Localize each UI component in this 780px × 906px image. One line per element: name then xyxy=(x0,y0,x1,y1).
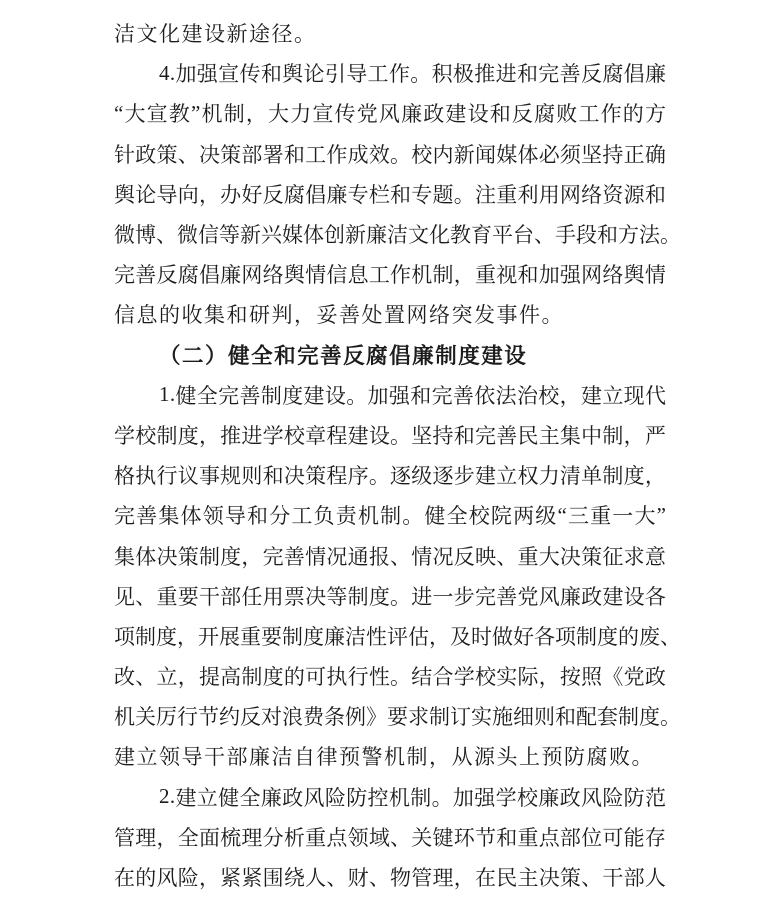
section-heading: （二）健全和完善反腐倡廉制度建设 xyxy=(114,335,666,375)
text-line: 集体决策制度，完善情况通报、情况反映、重大决策征求意 xyxy=(114,535,666,575)
text-line: 管理，全面梳理分析重点领域、关键环节和重点部位可能存 xyxy=(114,817,666,857)
text-line: “大宣教”机制，大力宣传党风廉政建设和反腐败工作的方 xyxy=(114,93,666,133)
text-line: 信息的收集和研判，妥善处置网络突发事件。 xyxy=(114,294,666,334)
document-page: 洁文化建设新途径。4.加强宣传和舆论引导工作。积极推进和完善反腐倡廉“大宣教”机… xyxy=(0,0,780,906)
document-body: 洁文化建设新途径。4.加强宣传和舆论引导工作。积极推进和完善反腐倡廉“大宣教”机… xyxy=(114,13,666,897)
text-line: 完善反腐倡廉网络舆情信息工作机制，重视和加强网络舆情 xyxy=(114,254,666,294)
text-line: 2.建立健全廉政风险防控机制。加强学校廉政风险防范 xyxy=(114,777,666,817)
text-line: 格执行议事规则和决策程序。逐级逐步建立权力清单制度， xyxy=(114,455,666,495)
text-line: 完善集体领导和分工负责机制。健全校院两级“三重一大” xyxy=(114,495,666,535)
text-line: 微博、微信等新兴媒体创新廉洁文化教育平台、手段和方法。 xyxy=(114,214,666,254)
text-line: 见、重要干部任用票决等制度。进一步完善党风廉政建设各 xyxy=(114,576,666,616)
text-line: 针政策、决策部署和工作成效。校内新闻媒体必须坚持正确 xyxy=(114,134,666,174)
text-line: 学校制度，推进学校章程建设。坚持和完善民主集中制，严 xyxy=(114,415,666,455)
text-line: 项制度，开展重要制度廉洁性评估，及时做好各项制度的废、 xyxy=(114,616,666,656)
text-line: 机关厉行节约反对浪费条例》要求制订实施细则和配套制度。 xyxy=(114,696,666,736)
text-line: 1.健全完善制度建设。加强和完善依法治校，建立现代 xyxy=(114,375,666,415)
text-line: 建立领导干部廉洁自律预警机制，从源头上预防腐败。 xyxy=(114,736,666,776)
text-line: 洁文化建设新途径。 xyxy=(114,13,666,53)
text-line: 改、立，提高制度的可执行性。结合学校实际，按照《党政 xyxy=(114,656,666,696)
text-line: 在的风险，紧紧围绕人、财、物管理，在民主决策、干部人 xyxy=(114,857,666,897)
text-line: 4.加强宣传和舆论引导工作。积极推进和完善反腐倡廉 xyxy=(114,53,666,93)
text-line: 舆论导向，办好反腐倡廉专栏和专题。注重利用网络资源和 xyxy=(114,174,666,214)
